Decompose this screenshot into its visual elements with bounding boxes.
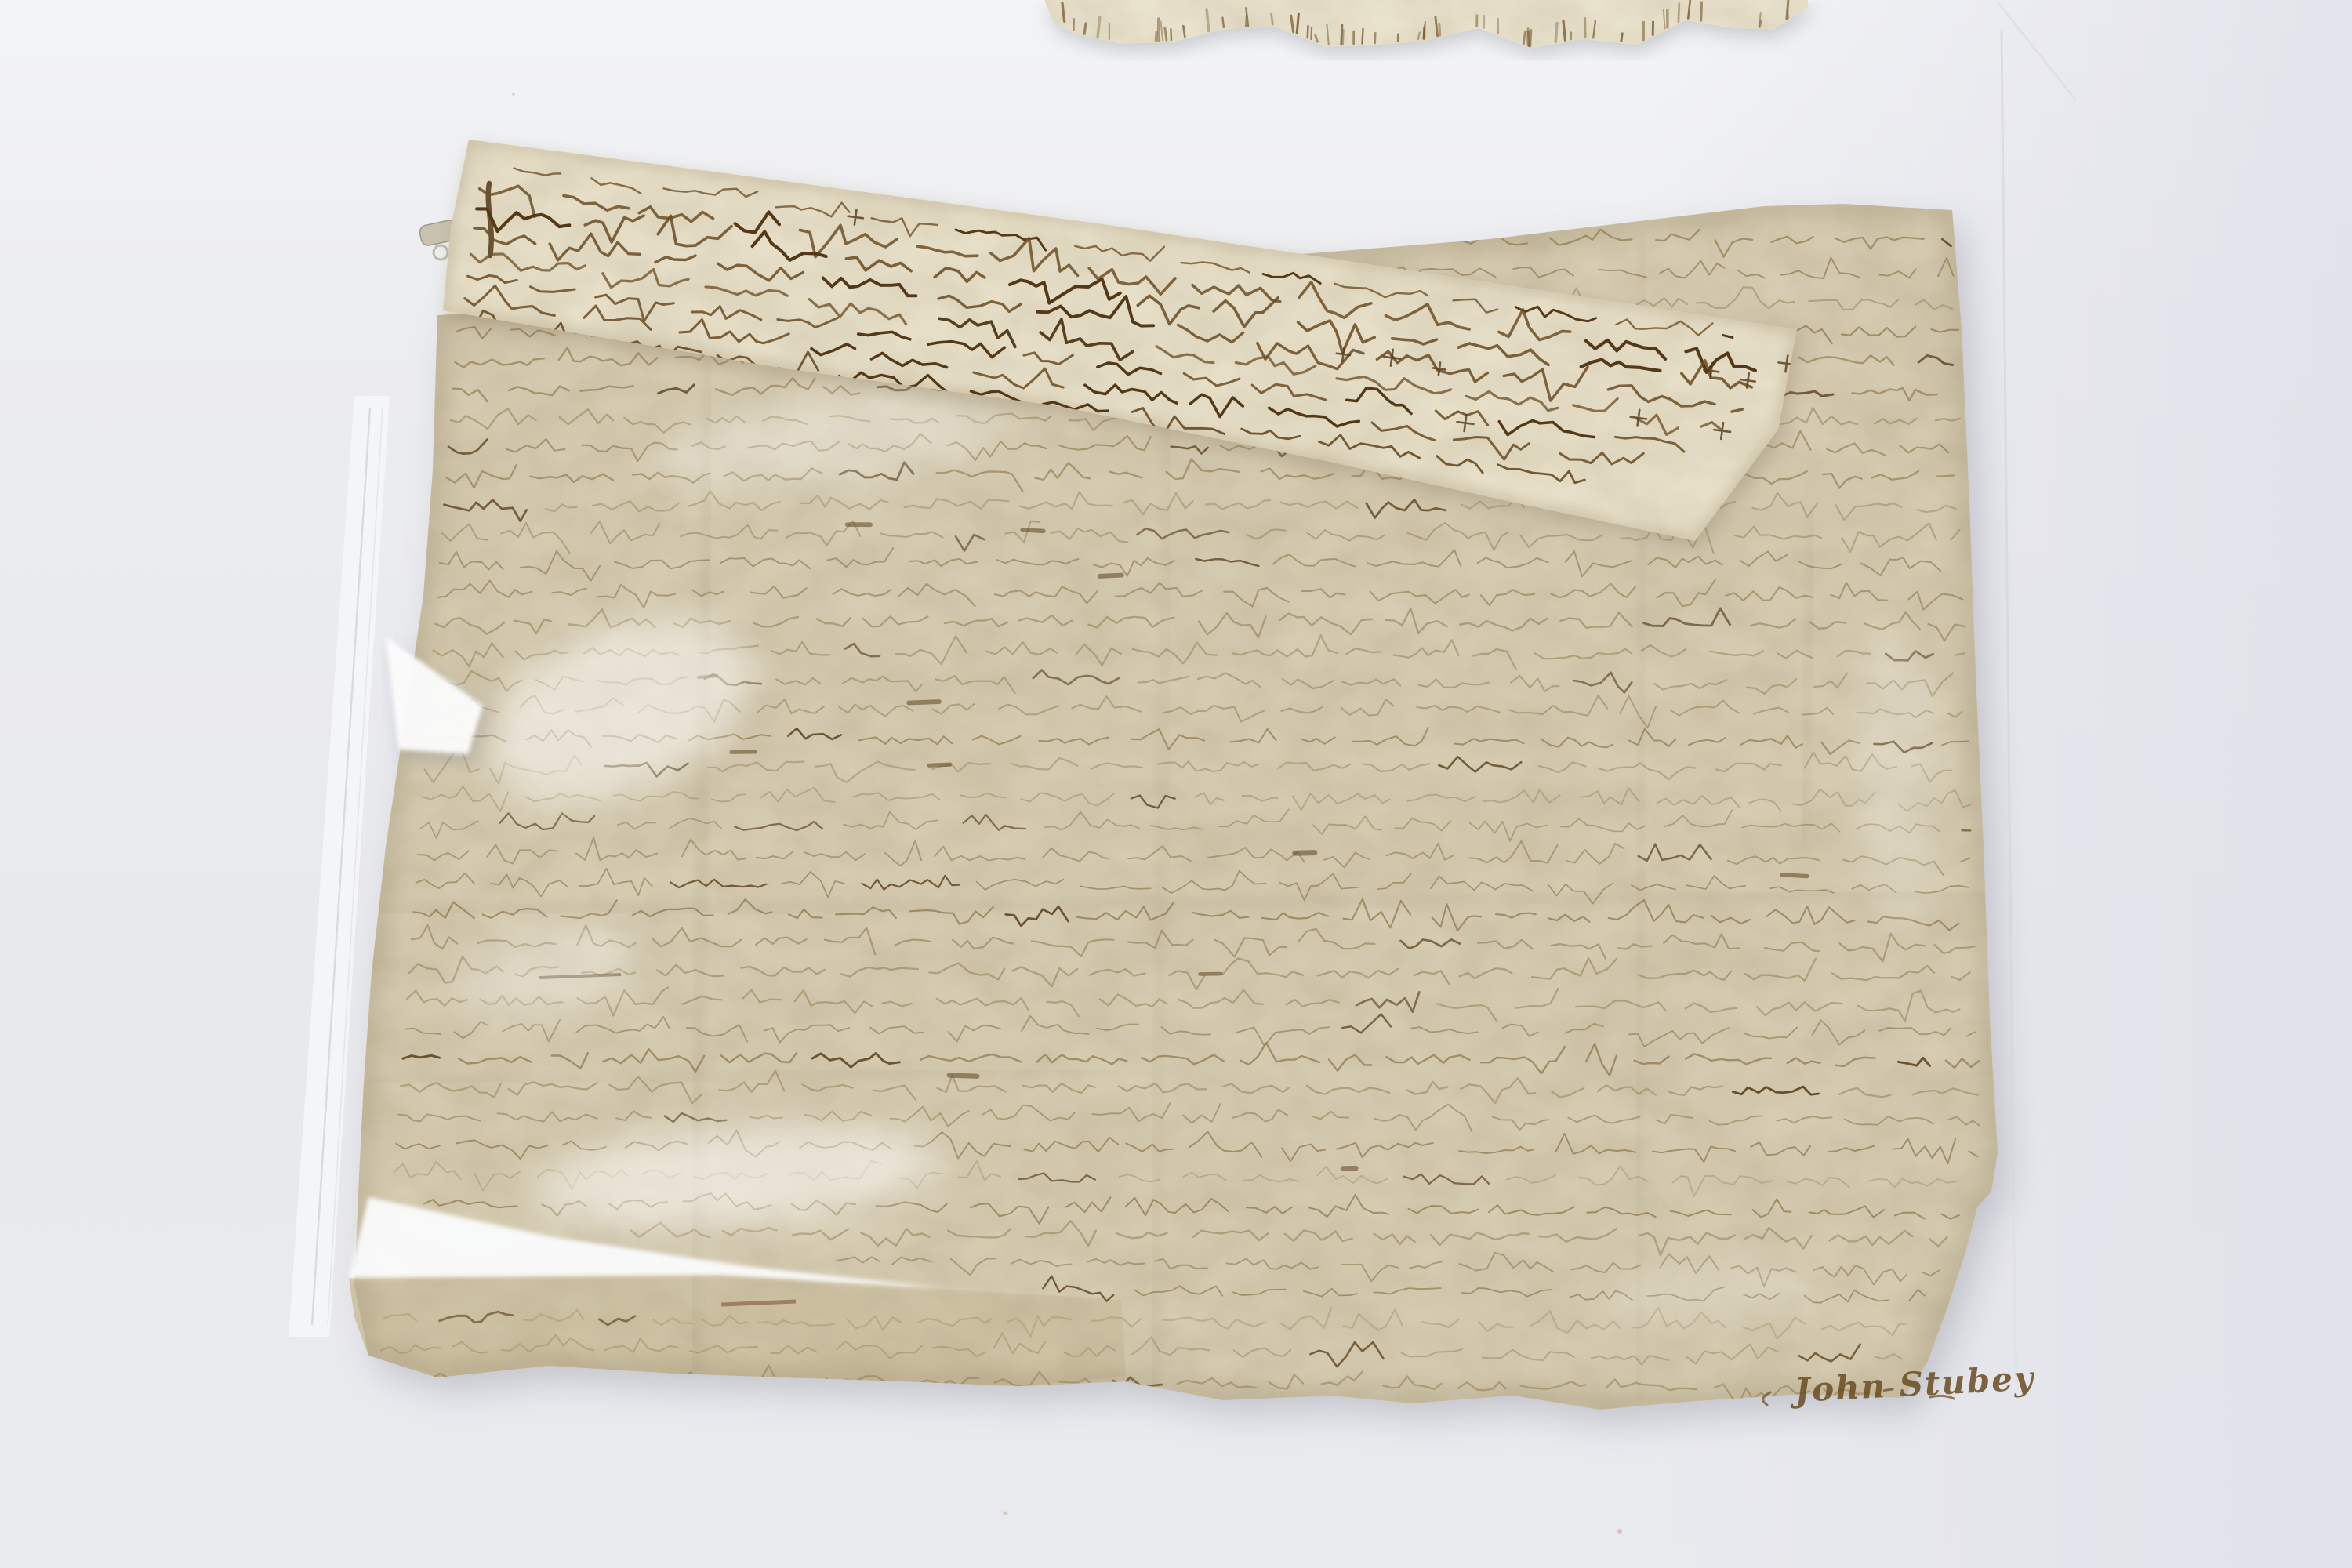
- fragment-script-tick: [1524, 32, 1526, 44]
- fragment-script-tick: [1375, 33, 1376, 43]
- fragment-script-tick: [1701, 2, 1702, 20]
- fragment-script-tick: [1343, 30, 1344, 45]
- fragment-script-tick: [1156, 32, 1156, 40]
- fragment-script-tick: [1679, 4, 1679, 22]
- ink-blot: [909, 702, 939, 702]
- fragment-script-tick: [1439, 24, 1440, 35]
- fragment-script-tick: [1528, 31, 1529, 45]
- fragment-script-tick: [1171, 29, 1171, 40]
- sleeve-glare: [1857, 635, 1938, 933]
- photo-scene: John Stubey: [0, 0, 2352, 1568]
- fragment-script-tick: [1621, 34, 1622, 42]
- fragment-script-tick: [1311, 27, 1312, 39]
- fragment-script-tick: [1341, 25, 1342, 44]
- fragment-script-tick: [1362, 29, 1363, 44]
- fragment-script-tick: [1222, 18, 1223, 27]
- ink-blot: [929, 764, 950, 765]
- dust-speck: [1617, 1529, 1622, 1534]
- ink-blot: [1295, 853, 1315, 854]
- ink-blot: [1100, 575, 1122, 576]
- fragment-script-tick: [1246, 16, 1247, 26]
- fragment-script-tick: [1308, 26, 1308, 38]
- fragment-script-tick: [1272, 14, 1273, 24]
- dust-speck: [512, 93, 515, 96]
- ink-blot: [1022, 530, 1044, 532]
- ink-blot: [1782, 875, 1807, 877]
- fragment-script-tick: [1555, 24, 1557, 42]
- manuscript-photo: John Stubey: [0, 0, 2352, 1568]
- fragment-script-tick: [1084, 24, 1086, 34]
- dust-speck: [1004, 1512, 1007, 1515]
